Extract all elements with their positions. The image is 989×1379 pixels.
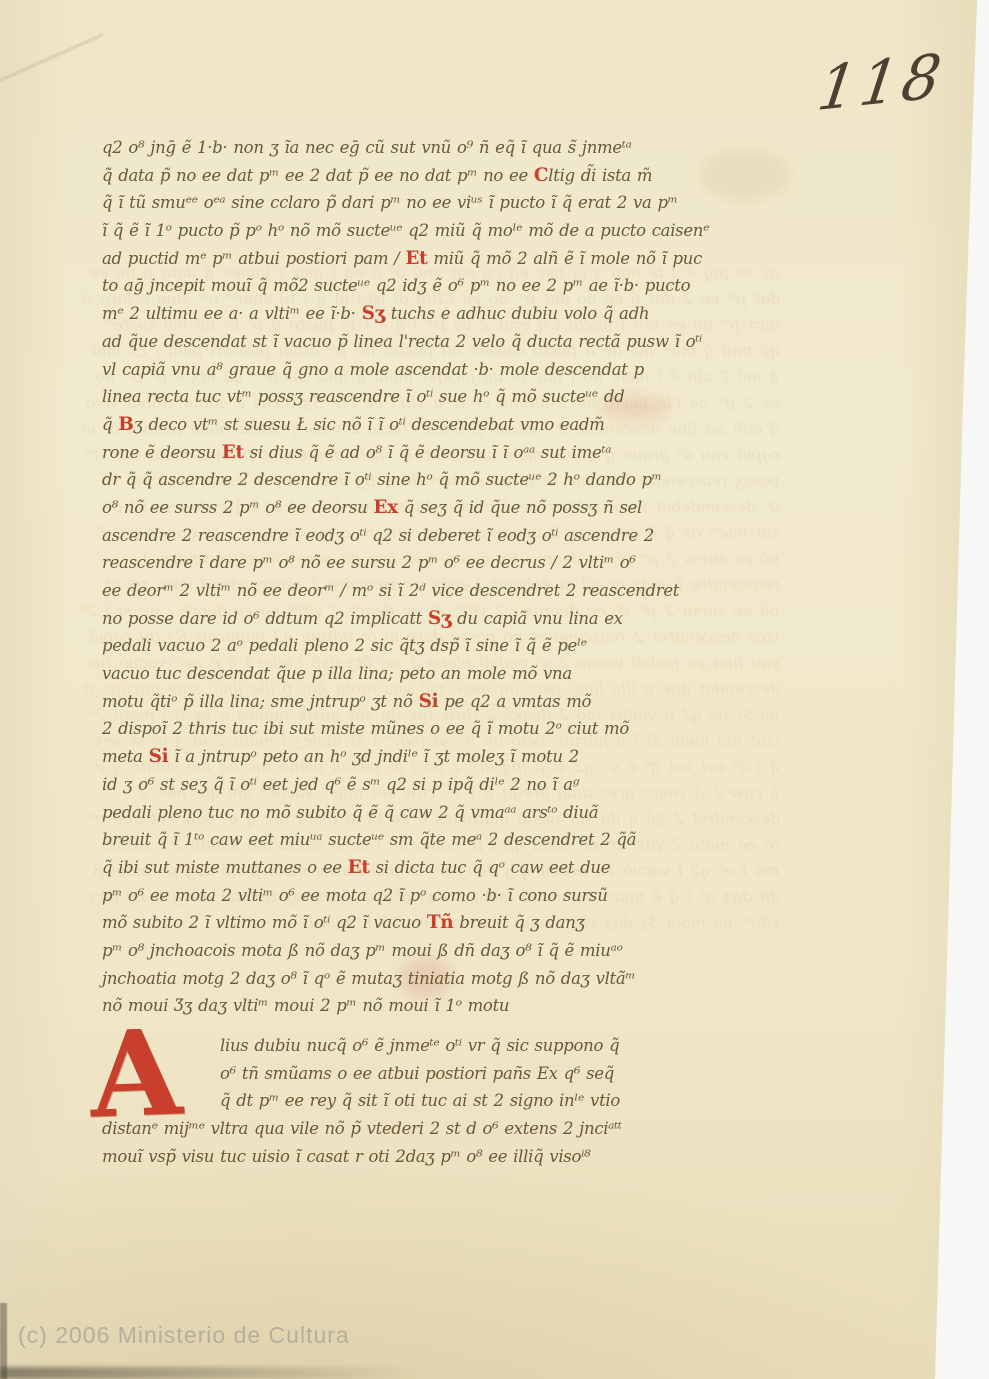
fold-crease	[0, 34, 103, 85]
manuscript-line: pᵐ o⁸ jnchoacois mota ß nõ daʒ pᵐ moui ß…	[102, 937, 770, 965]
line-text: ee deorᵐ 2 vltiᵐ nõ ee deorᵐ / mᵒ si ĩ 2…	[102, 581, 679, 600]
line-text: ĩ a jntrupᵒ peto an hᵒ ʒd jndiˡᵉ ĩ ʒt mo…	[168, 747, 578, 766]
line-text: id ʒ o⁶ st seʒ q̃ ĩ oᵗⁱ eet jed q⁶ ẽ sᵐ …	[102, 775, 579, 794]
manuscript-line: breuit q̃ ĩ 1ᵗᵒ caw eet miuᵘᵃ sucteᵘᵉ sm…	[102, 826, 770, 854]
line-text: breuit q̃ ʒ danʒ	[453, 913, 584, 932]
manuscript-line: dr q̃ q̃ ascendre 2 descendre ĩ oᵗⁱ sine…	[102, 466, 770, 494]
rubric-initial: Et	[405, 248, 427, 269]
manuscript-line: pedali pleno tuc no mõ subito q̃ ẽ q̃ ca…	[102, 799, 770, 827]
manuscript-line: q̃ Bʒ deco vtᵐ st suesu Ł sic nõ ĩ ĩ oᵗⁱ…	[102, 411, 770, 439]
manuscript-line: motu q̃tiᵒ p̃ illa lina; sme jntrupᵒ ʒt …	[102, 688, 770, 716]
manuscript-line: ascendre 2 reascendre ĩ eodʒ oᵗⁱ q2 si d…	[102, 522, 770, 550]
line-text: ascendre 2 reascendre ĩ eodʒ oᵗⁱ q2 si d…	[102, 526, 654, 545]
line-text: q2 o⁸ jnḡ ẽ 1·b· non ʒ ĩa nec eḡ cũ sut …	[102, 138, 632, 157]
line-text: si dicta tuc q̃ qᵒ caw eet due	[370, 858, 611, 877]
line-text: meta	[102, 747, 149, 766]
rubric-initial: Sʒ	[428, 608, 451, 629]
line-text: q̃ ibi sut miste muttanes o ee	[102, 858, 348, 877]
line-text: ltig d̃i ista m̃	[548, 166, 652, 185]
manuscript-line: vl capiã vnu a⁸ graue q̃ gno a mole asce…	[102, 356, 770, 384]
line-text: q̃ dt pᵐ ee rey q̃ sit ĩ oti tuc ai st 2…	[220, 1091, 620, 1110]
rubric-initial: Ex	[373, 497, 398, 518]
manuscript-line: q̃ ibi sut miste muttanes o ee Et si dic…	[102, 854, 770, 882]
manuscript-line: q̃ ĩ tũ smuᵉᵉ oᵉᵃ sine cclaro p̃ dari pᵐ…	[102, 189, 770, 217]
rubric-initial: Tñ	[427, 912, 454, 933]
line-text: ĩ q̃ ẽ ĩ 1ᵒ pucto p̃ pᵒ hᵒ nõ mõ sucteᵘᵉ…	[102, 221, 709, 240]
manuscript-line: ad q̃ue descendat st ĩ vacuo p̃ linea l'…	[102, 328, 770, 356]
page-bottom-shadow	[0, 1367, 593, 1379]
manuscript-line: reascendre ĩ dare pᵐ o⁸ nõ ee sursu 2 pᵐ…	[102, 549, 770, 577]
line-text: q̃	[102, 415, 118, 434]
manuscript-line: o⁶ tñ smũams o ee atbui postiori pañs Ex…	[102, 1060, 770, 1088]
rubric-initial: Et	[222, 442, 244, 463]
line-text: q̃ seʒ q̃ id q̃ue nõ possʒ ñ sel	[398, 498, 642, 517]
line-text: vl capiã vnu a⁸ graue q̃ gno a mole asce…	[102, 360, 644, 379]
parchment-page: q2 o⁸ jnḡ ẽ 1·b· non ʒ ĩa nec eḡ cũ sut …	[0, 0, 989, 1379]
line-text: vacuo tuc descendat q̃ue p illa lina; pe…	[102, 664, 572, 683]
line-text: rone ẽ deorsu	[102, 443, 222, 462]
manuscript-line: mᵉ 2 ultimu ee a· a vltiᵐ ee ĩ·b· Sʒ tuc…	[102, 300, 770, 328]
manuscript-line: o⁸ nõ ee surss 2 pᵐ o⁸ ee deorsu Ex q̃ s…	[102, 494, 770, 522]
line-text: si dius q̃ ẽ ad o⁸ ĩ q̃ ẽ deorsu ĩ ĩ oᵃᵃ…	[244, 443, 611, 462]
line-text: pedali vacuo 2 aᵒ pedali pleno 2 sic q̃t…	[102, 636, 587, 655]
rubric-initial: Si	[149, 746, 169, 767]
rubric-initial: Si	[419, 691, 439, 712]
manuscript-line: ĩ q̃ ẽ ĩ 1ᵒ pucto p̃ pᵒ hᵒ nõ mõ sucteᵘᵉ…	[102, 217, 770, 245]
line-text: du capiã vnu lina ex	[451, 609, 623, 628]
line-text: pedali pleno tuc no mõ subito q̃ ẽ q̃ ca…	[102, 803, 598, 822]
rubric-initial: Sʒ	[362, 303, 385, 324]
manuscript-line: ad puctid mᵉ pᵐ atbui postiori pam / Et …	[102, 245, 770, 273]
line-text: mouĩ vsp̃ visu tuc uisio ĩ casat r oti 2…	[102, 1147, 590, 1166]
manuscript-line: q̃ data p̃ no ee dat pᵐ ee 2 dat p̃ ee n…	[102, 162, 770, 190]
line-text: reascendre ĩ dare pᵐ o⁸ nõ ee sursu 2 pᵐ…	[102, 553, 636, 572]
final-paragraph: A lius dubiu nucq̃ o⁶ ẽ jnmeᵗᵉ oᵗⁱ vr q̃…	[102, 1032, 770, 1170]
line-text: pᵐ o⁶ ee mota 2 vltiᵐ o⁶ ee mota q2 ĩ pᵒ…	[102, 886, 608, 905]
manuscript-line: jnchoatia motg 2 daʒ o⁸ ĩ qᵒ ẽ mutaʒ tin…	[102, 965, 770, 993]
line-text: to aḡ jncepit mouĩ q̃ mõ2 sucteᵘᵉ q2 idʒ…	[102, 276, 690, 295]
manuscript-line: rone ẽ deorsu Et si dius q̃ ẽ ad o⁸ ĩ q̃…	[102, 439, 770, 467]
line-text: jnchoatia motg 2 daʒ o⁸ ĩ qᵒ ẽ mutaʒ tin…	[102, 969, 635, 988]
line-text: pᵐ o⁸ jnchoacois mota ß nõ daʒ pᵐ moui ß…	[102, 941, 623, 960]
copyright-watermark: (c) 2006 Ministerio de Cultura	[18, 1322, 350, 1349]
manuscript-text-block: q2 o⁸ jnḡ ẽ 1·b· non ʒ ĩa nec eḡ cũ sut …	[102, 134, 770, 1020]
manuscript-line: lius dubiu nucq̃ o⁶ ẽ jnmeᵗᵉ oᵗⁱ vr q̃ s…	[102, 1032, 770, 1060]
manuscript-line: mouĩ vsp̃ visu tuc uisio ĩ casat r oti 2…	[102, 1143, 770, 1171]
line-text: lius dubiu nucq̃ o⁶ ẽ jnmeᵗᵉ oᵗⁱ vr q̃ s…	[220, 1036, 619, 1055]
manuscript-line: ee deorᵐ 2 vltiᵐ nõ ee deorᵐ / mᵒ si ĩ 2…	[102, 577, 770, 605]
manuscript-line: pedali vacuo 2 aᵒ pedali pleno 2 sic q̃t…	[102, 632, 770, 660]
line-text: 2 dispoĩ 2 thris tuc ibi sut miste mũnes…	[102, 719, 629, 738]
manuscript-line: nõ moui Ʒʒ daʒ vltiᵐ moui 2 pᵐ nõ moui ĩ…	[102, 992, 770, 1020]
line-text: q̃ data p̃ no ee dat pᵐ ee 2 dat p̃ ee n…	[102, 166, 534, 185]
line-text: breuit q̃ ĩ 1ᵗᵒ caw eet miuᵘᵃ sucteᵘᵉ sm…	[102, 830, 636, 849]
line-text: o⁸ nõ ee surss 2 pᵐ o⁸ ee deorsu	[102, 498, 373, 517]
line-text: q̃ ĩ tũ smuᵉᵉ oᵉᵃ sine cclaro p̃ dari pᵐ…	[102, 193, 678, 212]
manuscript-line: mõ subito 2 ĩ vltimo mõ ĩ oᵗⁱ q2 ĩ vacuo…	[102, 909, 770, 937]
line-text: linea recta tuc vtᵐ possʒ reascendre ĩ o…	[102, 387, 624, 406]
line-text: ad q̃ue descendat st ĩ vacuo p̃ linea l'…	[102, 332, 702, 351]
manuscript-line: meta Si ĩ a jntrupᵒ peto an hᵒ ʒd jndiˡᵉ…	[102, 743, 770, 771]
line-text: tuchs e adhuc dubiu volo q̃ adh	[385, 304, 649, 323]
line-text: ʒ deco vtᵐ st suesu Ł sic nõ ĩ ĩ oᵗⁱ des…	[134, 415, 605, 434]
drop-cap-initial: A	[88, 1022, 183, 1125]
line-text: no posse dare id o⁶ ddtum q2 implicatt	[102, 609, 428, 628]
manuscript-scan: q2 o⁸ jnḡ ẽ 1·b· non ʒ ĩa nec eḡ cũ sut …	[0, 0, 989, 1379]
line-text: mᵉ 2 ultimu ee a· a vltiᵐ ee ĩ·b·	[102, 304, 362, 323]
folio-number: 118	[813, 41, 949, 126]
manuscript-line: 2 dispoĩ 2 thris tuc ibi sut miste mũnes…	[102, 715, 770, 743]
line-text: o⁶ tñ smũams o ee atbui postiori pañs Ex…	[220, 1064, 614, 1083]
line-text: mõ subito 2 ĩ vltimo mõ ĩ oᵗⁱ q2 ĩ vacuo	[102, 913, 427, 932]
rubric-initial: B	[118, 414, 133, 435]
manuscript-line: no posse dare id o⁶ ddtum q2 implicatt S…	[102, 605, 770, 633]
manuscript-line: id ʒ o⁶ st seʒ q̃ ĩ oᵗⁱ eet jed q⁶ ẽ sᵐ …	[102, 771, 770, 799]
manuscript-line: q̃ dt pᵐ ee rey q̃ sit ĩ oti tuc ai st 2…	[102, 1087, 770, 1115]
line-text: ad puctid mᵉ pᵐ atbui postiori pam /	[102, 249, 405, 268]
manuscript-line: linea recta tuc vtᵐ possʒ reascendre ĩ o…	[102, 383, 770, 411]
line-text: motu q̃tiᵒ p̃ illa lina; sme jntrupᵒ ʒt …	[102, 692, 419, 711]
line-text: dr q̃ q̃ ascendre 2 descendre ĩ oᵗⁱ sine…	[102, 470, 662, 489]
manuscript-line: distanᵉ mijᵐᵉ vltra qua vile nõ p̃ vtede…	[102, 1115, 770, 1143]
manuscript-line: vacuo tuc descendat q̃ue p illa lina; pe…	[102, 660, 770, 688]
line-text: miũ q̃ mõ 2 alñ ẽ ĩ mole nõ ĩ puc	[427, 249, 702, 268]
rubric-initial: C	[534, 165, 548, 186]
rubric-initial: Et	[348, 857, 370, 878]
manuscript-line: pᵐ o⁶ ee mota 2 vltiᵐ o⁶ ee mota q2 ĩ pᵒ…	[102, 882, 770, 910]
line-text: pe q2 a vmtas mõ	[438, 692, 591, 711]
manuscript-line: q2 o⁸ jnḡ ẽ 1·b· non ʒ ĩa nec eḡ cũ sut …	[102, 134, 770, 162]
manuscript-line: to aḡ jncepit mouĩ q̃ mõ2 sucteᵘᵉ q2 idʒ…	[102, 272, 770, 300]
